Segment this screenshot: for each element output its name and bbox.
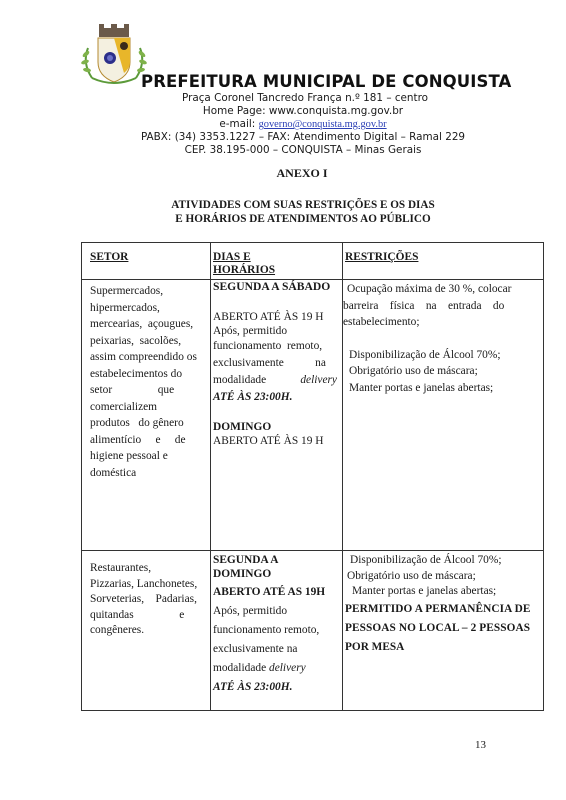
note-word: modalidade [213,372,266,389]
restriction-item: Disponibilização de Álcool 70%; [345,553,540,569]
restriction-line: Ocupação máxima de 30 %, colocar [343,281,538,298]
note-line: exclusivamente na [213,355,339,372]
column-divider [210,243,211,710]
restriction-item: Disponibilização de Álcool 70%; [343,347,538,364]
setor-line: comercializem [90,399,208,416]
setor-line: quitandas e [90,608,208,624]
days-label: DOMINGO [213,567,339,581]
note-line: funcionamento remoto, [213,621,339,640]
row2-dias-horarios: SEGUNDA A DOMINGO ABERTO ATÉ AS 19H Após… [213,553,339,697]
email-label: e-mail: [219,118,258,130]
row-divider [82,550,543,551]
restriction-item: Obrigatório uso de máscara; [345,569,540,585]
note-line: modalidade delivery [213,659,339,678]
setor-line: Supermercados, [90,283,208,300]
annex-title: ANEXO I [0,166,566,181]
delivery-word: delivery [269,662,306,674]
org-title: PREFEITURA MUNICIPAL DE CONQUISTA [141,72,511,91]
email-link[interactable]: governo@conquista.mg.gov.br [259,119,387,130]
header-setor: SETOR [90,251,208,264]
note-line: Após, permitido [213,602,339,621]
permission-line: PESSOAS NO LOCAL – 2 PESSOAS [345,619,540,638]
restriction-line: estabelecimento; [343,314,538,331]
phone-line: PABX: (34) 3353.1227 – FAX: Atendimento … [20,131,566,144]
row2-setor: Restaurantes, Pizzarias, Lanchonetes, So… [90,561,208,639]
until-label: ATÉ ÀS 23:00H. [213,678,339,697]
note-line: exclusivamente na [213,640,339,659]
row1-setor: Supermercados, hipermercados, mercearias… [90,283,208,481]
hours-label: ABERTO ATÉ AS 19H [213,583,339,602]
permission-line: POR MESA [345,638,540,657]
permission-line: PERMITIDO A PERMANÊNCIA DE [345,600,540,619]
note-line: funcionamento remoto, [213,338,339,355]
setor-line: mercearias, açougues, [90,316,208,333]
setor-line: assim compreendido os [90,349,208,366]
hours-label: ABERTO ATÉ ÀS 19 H [213,434,339,448]
restriction-line: barreira física na entrada do [343,298,538,315]
header-dias-horarios: DIAS E HORÁRIOS [213,251,339,277]
days-label: DOMINGO [213,420,339,434]
homepage-line: Home Page: www.conquista.mg.gov.br [20,105,566,118]
until-label: ATÉ ÀS 23:00H. [213,389,339,406]
days-label: SEGUNDA A [213,553,339,567]
header-dias-line: DIAS E [213,251,339,264]
restriction-item: Manter portas e janelas abertas; [343,380,538,397]
setor-line: congêneres. [90,623,208,639]
header-dias-line: HORÁRIOS [213,264,339,277]
setor-line: setor que [90,382,208,399]
hours-label: ABERTO ATÉ ÀS 19 H [213,311,339,324]
setor-line: alimentício e de [90,432,208,449]
subtitle-line: E HORÁRIOS DE ATENDIMENTOS AO PÚBLICO [40,212,566,226]
setor-line: Restaurantes, [90,561,208,577]
row1-dias-horarios: SEGUNDA A SÁBADO ABERTO ATÉ ÀS 19 H Após… [213,279,339,448]
note-word: modalidade [213,662,266,674]
delivery-word: delivery [300,372,337,389]
setor-line: estabelecimentos do [90,366,208,383]
municipal-crest-icon [78,18,150,90]
row2-restricoes: Disponibilização de Álcool 70%; Obrigató… [345,553,540,657]
document-subtitle: ATIVIDADES COM SUAS RESTRIÇÕES E OS DIAS… [0,198,566,226]
setor-line: produtos do gênero [90,415,208,432]
subtitle-line: ATIVIDADES COM SUAS RESTRIÇÕES E OS DIAS [40,198,566,212]
header-restricoes: RESTRIÇÕES [345,251,540,264]
row1-restricoes: Ocupação máxima de 30 %, colocar barreir… [343,281,538,396]
setor-line: peixarias, sacolões, [90,333,208,350]
page-number: 13 [475,739,486,751]
activities-table: SETOR DIAS E HORÁRIOS RESTRIÇÕES Superme… [81,242,544,711]
setor-line: Sorveterias, Padarias, [90,592,208,608]
days-label: SEGUNDA A SÁBADO [213,279,339,295]
setor-line: higiene pessoal e [90,448,208,465]
email-line: e-mail: governo@conquista.mg.gov.br [20,118,566,131]
setor-line: Pizzarias, Lanchonetes, [90,577,208,593]
cep-line: CEP. 38.195-000 – CONQUISTA – Minas Gera… [20,144,566,157]
restriction-item: Manter portas e janelas abertas; [345,584,540,600]
note-line: modalidade delivery [213,372,339,389]
setor-line: doméstica [90,465,208,482]
note-line: Após, permitido [213,324,339,338]
address-line: Praça Coronel Tancredo França n.º 181 – … [22,92,566,105]
restriction-item: Obrigatório uso de máscara; [343,363,538,380]
setor-line: hipermercados, [90,300,208,317]
